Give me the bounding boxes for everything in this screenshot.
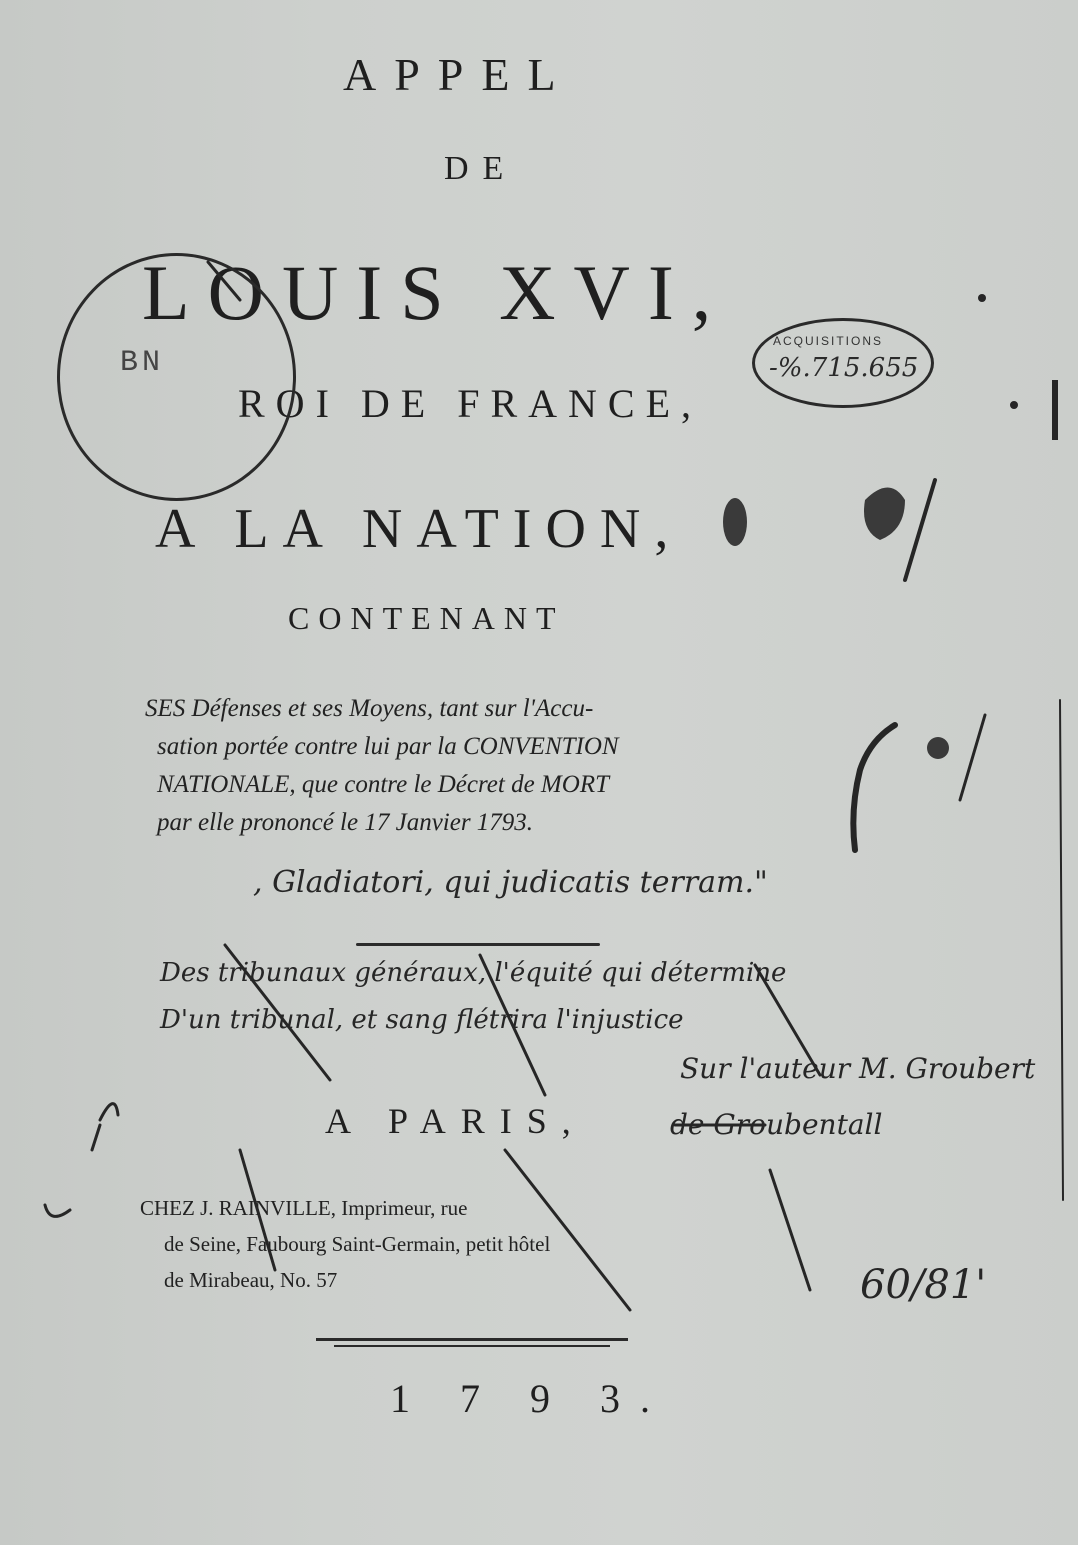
- document-page: APPEL DE LOUIS XVI, ROI DE FRANCE, A LA …: [0, 0, 1078, 1545]
- pen-strokes-overlay: [0, 0, 1078, 1545]
